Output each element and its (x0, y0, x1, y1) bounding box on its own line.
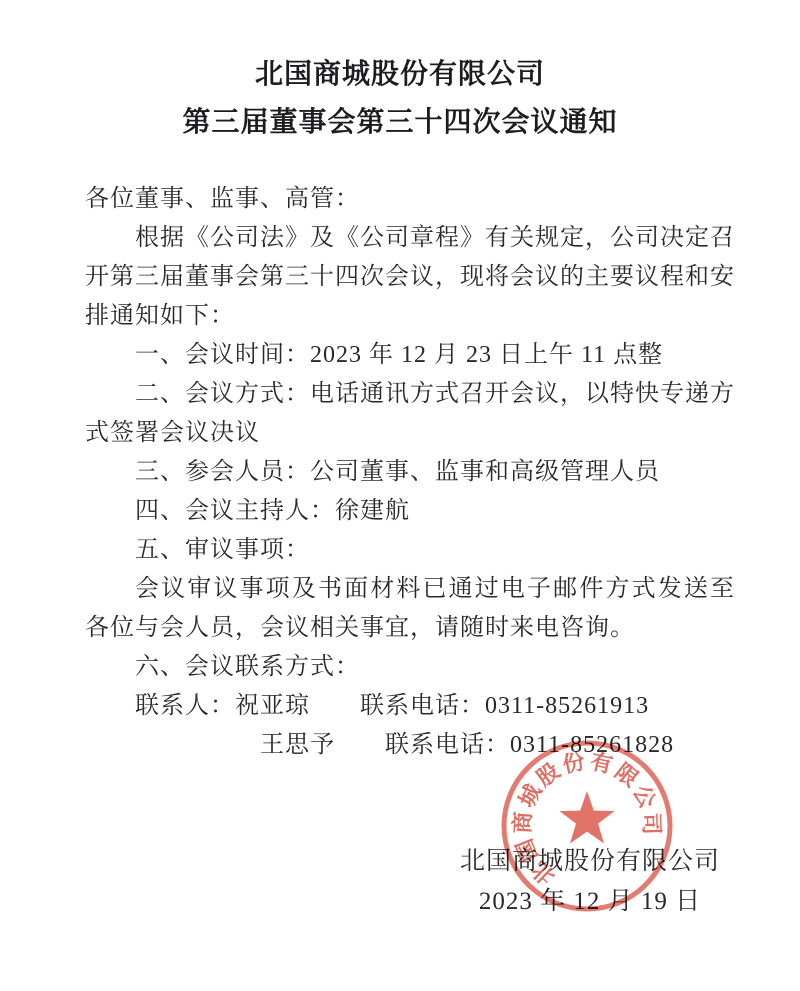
body-line: 二、会议方式：电话通讯方式召开会议，以特快专递方 (85, 375, 735, 414)
body-line: 五、审议事项： (85, 531, 735, 570)
body-text: 各位董事、监事、高管：根据《公司法》及《公司章程》有关规定，公司决定召开第三届董… (85, 180, 735, 765)
body-line: 根据《公司法》及《公司章程》有关规定，公司决定召 (85, 219, 735, 258)
body-line: 三、参会人员：公司董事、监事和高级管理人员 (85, 453, 735, 492)
body-line: 开第三届董事会第三十四次会议，现将会议的主要议程和安 (85, 258, 735, 297)
seal-char: 公 (627, 779, 662, 814)
signature-block: 北国商城股份有限公司 2023 年 12 月 19 日 (420, 842, 760, 922)
body-line: 王思予 联系电话：0311-85261828 (85, 726, 735, 765)
body-line: 会议审议事项及书面材料已通过电子邮件方式发送至 (85, 570, 735, 609)
body-line: 式签署会议决议 (85, 414, 735, 453)
body-line: 各位董事、监事、高管： (85, 180, 735, 219)
signature-date: 2023 年 12 月 19 日 (420, 882, 760, 922)
seal-star-icon (559, 791, 614, 844)
body-line: 四、会议主持人：徐建航 (85, 492, 735, 531)
document-title: 北国商城股份有限公司 第三届董事会第三十四次会议通知 (0, 50, 800, 146)
body-line: 一、会议时间：2023 年 12 月 23 日上午 11 点整 (85, 336, 735, 375)
body-line: 排通知如下： (85, 297, 735, 336)
title-meeting-line: 第三届董事会第三十四次会议通知 (0, 98, 800, 146)
seal-char: 城 (513, 778, 548, 813)
body-line: 联系人：祝亚琼 联系电话：0311-85261913 (85, 687, 735, 726)
body-line: 各位与会人员，会议相关事宜，请随时来电咨询。 (85, 609, 735, 648)
signature-company: 北国商城股份有限公司 (420, 842, 760, 882)
seal-char: 司 (638, 810, 665, 837)
body-line: 六、会议联系方式： (85, 648, 735, 687)
seal-char: 商 (509, 809, 536, 836)
document-page: 北国商城股份有限公司 第三届董事会第三十四次会议通知 各位董事、监事、高管：根据… (0, 0, 800, 991)
title-company-line: 北国商城股份有限公司 (0, 50, 800, 98)
